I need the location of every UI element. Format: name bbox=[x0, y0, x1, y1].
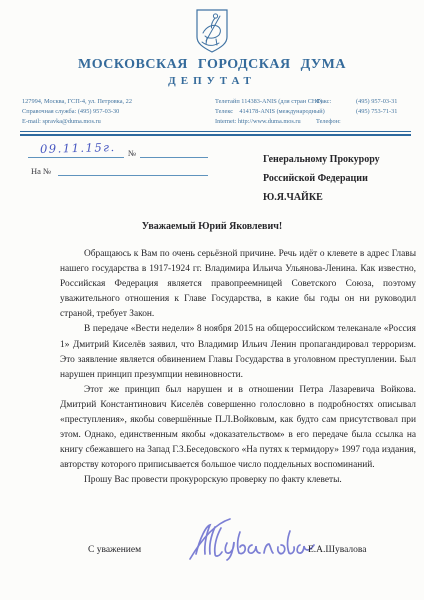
recipient-block: Генеральному Прокурору Российской Федера… bbox=[263, 150, 380, 207]
telex-line: Телекс 414178-ANIS (международный) bbox=[215, 108, 325, 115]
fax-spacer bbox=[316, 107, 350, 117]
outgoing-number-underline bbox=[140, 157, 208, 158]
phone-value-empty bbox=[356, 117, 397, 127]
internet-line: Internet: http://www.duma.mos.ru bbox=[215, 118, 301, 125]
paragraph-2: В передаче «Вести недели» 8 ноября 2015 … bbox=[60, 322, 416, 382]
salutation: Уважаемый Юрий Яковлевич! bbox=[0, 221, 424, 232]
closing-regards: С уважением bbox=[88, 545, 141, 555]
org-name: МОСКОВСКАЯ ГОРОДСКАЯ ДУМА bbox=[0, 57, 424, 73]
reply-number-underline bbox=[58, 175, 208, 176]
address-line: 127994, Москва, ГСП-4, ул. Петровка, 22 bbox=[22, 98, 132, 105]
letterhead-address-block: 127994, Москва, ГСП-4, ул. Петровка, 22 … bbox=[22, 97, 132, 126]
org-subtitle: ДЕПУТАТ bbox=[0, 75, 424, 87]
outgoing-number-label: № bbox=[128, 148, 136, 158]
letterhead-telecom-block: Телетайп 114383-ANIS (для стран СНГ) Тел… bbox=[215, 97, 325, 126]
signatory-name: Е.А.Шувалова bbox=[308, 545, 366, 555]
paragraph-3: Этот же принцип был нарушен и в отношени… bbox=[60, 383, 416, 474]
paragraph-1: Обращаюсь к Вам по очень серьёзной причи… bbox=[60, 247, 416, 322]
letter-body: Обращаюсь к Вам по очень серьёзной причи… bbox=[60, 247, 416, 489]
letter-page: МОСКОВСКАЯ ГОРОДСКАЯ ДУМА ДЕПУТАТ 127994… bbox=[0, 0, 424, 600]
letterhead-fax-block: Факс: (495) 957-03-31 (495) 753-71-31 Те… bbox=[316, 97, 397, 126]
recipient-name: Ю.Я.ЧАЙКЕ bbox=[263, 188, 380, 207]
header-divider-thick bbox=[20, 134, 411, 136]
handwritten-signature bbox=[188, 516, 316, 562]
date-underline bbox=[28, 157, 124, 158]
reply-number-label: На № bbox=[31, 166, 51, 176]
fax-number-2: (495) 753-71-31 bbox=[356, 107, 397, 117]
recipient-title: Генеральному Прокурору bbox=[263, 150, 380, 169]
fax-number-1: (495) 957-03-31 bbox=[356, 97, 397, 107]
moscow-coat-of-arms-icon bbox=[194, 8, 230, 54]
handwritten-date: 09.11.15г. bbox=[40, 140, 116, 156]
fax-label: Факс: bbox=[316, 97, 350, 107]
teletype-line: Телетайп 114383-ANIS (для стран СНГ) bbox=[215, 98, 322, 105]
paragraph-4: Прошу Вас провести прокурорскую проверку… bbox=[60, 473, 416, 488]
email-line: E-mail: spravka@duma.mos.ru bbox=[22, 118, 101, 125]
phone-service-line: Справочная служба: (495) 957-03-30 bbox=[22, 108, 119, 115]
header-divider-thin bbox=[20, 131, 411, 132]
phone-label: Телефон: bbox=[316, 117, 350, 127]
recipient-org: Российской Федерации bbox=[263, 169, 380, 188]
